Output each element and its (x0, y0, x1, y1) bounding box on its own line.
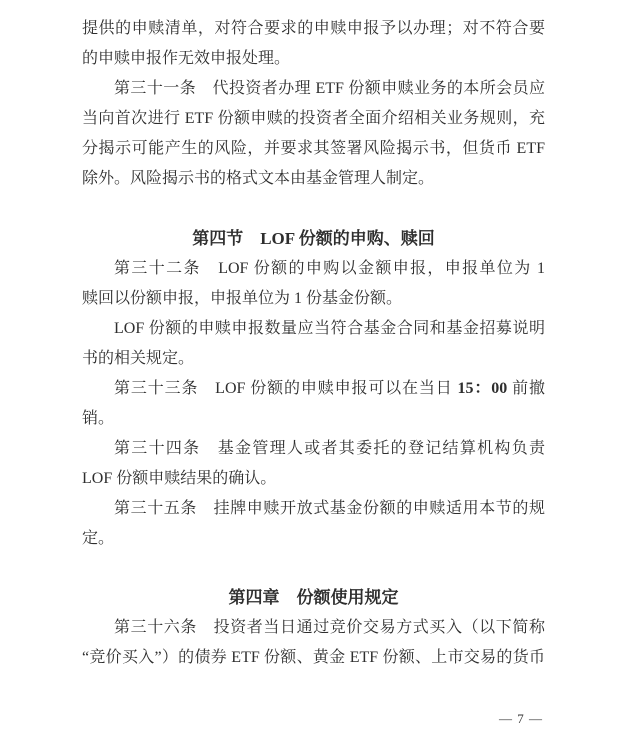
article-36-line: 第三十六条 投资者当日通过竞价交易方式买入（以下简称 (82, 613, 545, 643)
paragraph-line: 提供的申赎清单，对符合要求的申赎申报予以办理；对不符合要求 (82, 14, 545, 44)
line-text: 第三十三条 LOF 份额的申赎申报可以在当日 (114, 380, 458, 397)
article-32-line: 第三十二条 LOF 份额的申购以金额申报，申报单位为 1 元； (82, 254, 545, 284)
article-33-line: 第三十三条 LOF 份额的申赎申报可以在当日 15：00 前撤 (82, 374, 545, 404)
paragraph-line: “竞价买入”）的债券 ETF 份额、黄金 ETF 份额、上市交易的货币 (82, 643, 545, 673)
paragraph-line: 赎回以份额申报，申报单位为 1 份基金份额。 (82, 284, 545, 314)
paragraph-line: LOF 份额申赎结果的确认。 (82, 464, 545, 494)
document-body: 提供的申赎清单，对符合要求的申赎申报予以办理；对不符合要求 的申赎申报作无效申报… (82, 14, 545, 673)
paragraph-line: 当向首次进行 ETF 份额申赎的投资者全面介绍相关业务规则，充 (82, 104, 545, 134)
chapter-heading: 第四章 份额使用规定 (82, 583, 545, 613)
paragraph-line: 书的相关规定。 (82, 344, 545, 374)
cutoff-time: 15：00 (458, 380, 508, 397)
document-page: 提供的申赎清单，对符合要求的申赎申报予以办理；对不符合要求 的申赎申报作无效申报… (0, 0, 624, 743)
article-35-line: 第三十五条 挂牌申赎开放式基金份额的申赎适用本节的规 (82, 494, 545, 524)
line-text: 前撤 (507, 380, 545, 397)
paragraph-line: 定。 (82, 524, 545, 554)
paragraph-line: 除外。风险揭示书的格式文本由基金管理人制定。 (82, 164, 545, 194)
article-34-line: 第三十四条 基金管理人或者其委托的登记结算机构负责 (82, 434, 545, 464)
paragraph-line: 的申赎申报作无效申报处理。 (82, 44, 545, 74)
paragraph-line: 销。 (82, 404, 545, 434)
section-heading: 第四节 LOF 份额的申购、赎回 (82, 224, 545, 254)
paragraph-line: 分揭示可能产生的风险，并要求其签署风险揭示书，但货币 ETF (82, 134, 545, 164)
article-31-line: 第三十一条 代投资者办理 ETF 份额申赎业务的本所会员应 (82, 74, 545, 104)
page-number: — 7 — (0, 711, 624, 727)
paragraph-line: LOF 份额的申赎申报数量应当符合基金合同和基金招募说明 (82, 314, 545, 344)
